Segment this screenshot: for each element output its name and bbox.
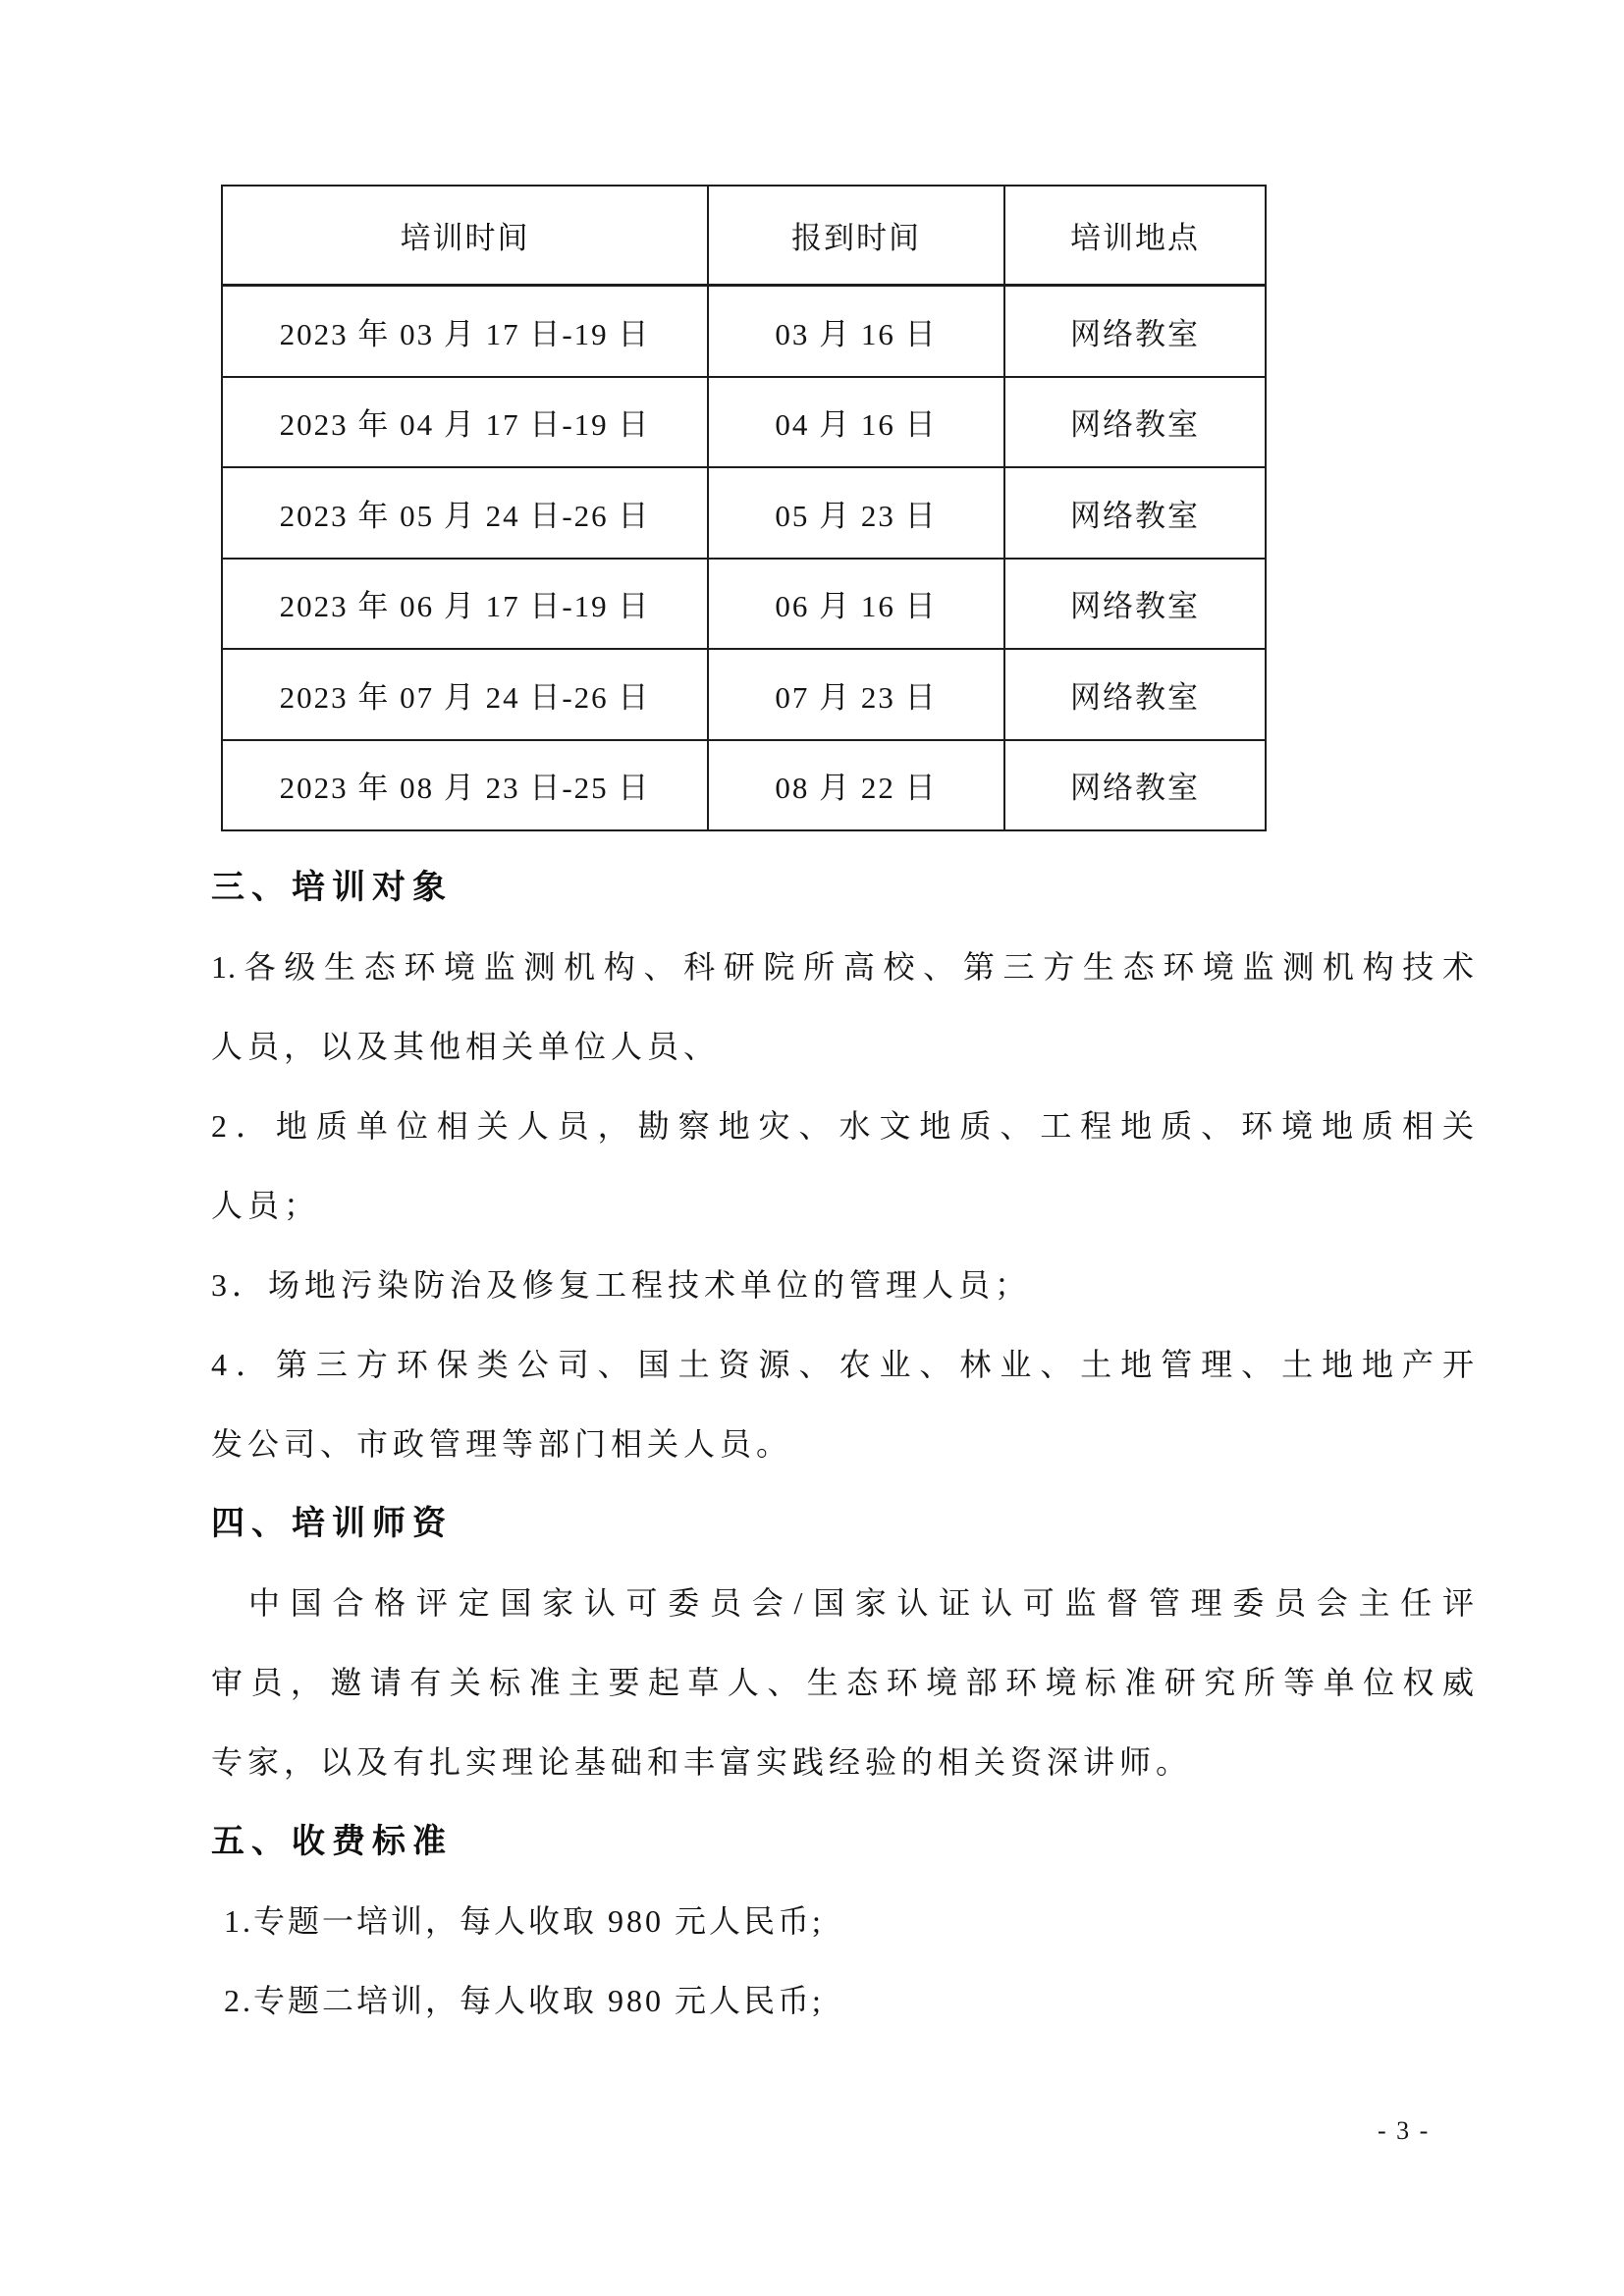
cell-checkin-time: 08 月 22 日 xyxy=(708,740,1004,831)
table-row: 2023 年 04 月 17 日-19 日04 月 16 日网络教室 xyxy=(222,377,1266,468)
col-header-training-time: 培训时间 xyxy=(222,186,708,286)
cell-training-time: 2023 年 06 月 17 日-19 日 xyxy=(222,559,708,650)
section-heading-training-targets: 三、培训对象 xyxy=(211,848,1475,928)
body-line: 3．场地污染防治及修复工程技术单位的管理人员； xyxy=(211,1246,1475,1325)
cell-location: 网络教室 xyxy=(1004,740,1266,831)
body-line: 2.专题二培训，每人收取 980 元人民币; xyxy=(211,1961,1475,2041)
cell-checkin-time: 06 月 16 日 xyxy=(708,559,1004,650)
table-header-row: 培训时间 报到时间 培训地点 xyxy=(222,186,1266,286)
col-header-checkin-time: 报到时间 xyxy=(708,186,1004,286)
table-row: 2023 年 07 月 24 日-26 日07 月 23 日网络教室 xyxy=(222,649,1266,740)
cell-location: 网络教室 xyxy=(1004,467,1266,559)
cell-training-time: 2023 年 08 月 23 日-25 日 xyxy=(222,740,708,831)
cell-training-time: 2023 年 07 月 24 日-26 日 xyxy=(222,649,708,740)
document-page: 培训时间 报到时间 培训地点 2023 年 03 月 17 日-19 日03 月… xyxy=(0,0,1624,2296)
table-row: 2023 年 06 月 17 日-19 日06 月 16 日网络教室 xyxy=(222,559,1266,650)
body-line: 中国合格评定国家认可委员会/国家认证认可监督管理委员会主任评 xyxy=(211,1564,1475,1643)
body-line: 2．地质单位相关人员，勘察地灾、水文地质、工程地质、环境地质相关 xyxy=(211,1087,1475,1166)
cell-training-time: 2023 年 05 月 24 日-26 日 xyxy=(222,467,708,559)
body-line: 4．第三方环保类公司、国土资源、农业、林业、土地管理、土地地产开 xyxy=(211,1325,1475,1405)
body-line: 发公司、市政管理等部门相关人员。 xyxy=(211,1405,1475,1484)
cell-location: 网络教室 xyxy=(1004,377,1266,468)
table-row: 2023 年 03 月 17 日-19 日03 月 16 日网络教室 xyxy=(222,286,1266,377)
body-line: 审员，邀请有关标准主要起草人、生态环境部环境标准研究所等单位权威 xyxy=(211,1643,1475,1723)
training-schedule-table: 培训时间 报到时间 培训地点 2023 年 03 月 17 日-19 日03 月… xyxy=(221,185,1267,831)
body-line: 人员； xyxy=(211,1166,1475,1246)
col-header-location: 培训地点 xyxy=(1004,186,1266,286)
cell-checkin-time: 03 月 16 日 xyxy=(708,286,1004,377)
cell-training-time: 2023 年 04 月 17 日-19 日 xyxy=(222,377,708,468)
page-number: - 3 - xyxy=(1378,2116,1430,2146)
cell-checkin-time: 07 月 23 日 xyxy=(708,649,1004,740)
body-line: 专家，以及有扎实理论基础和丰富实践经验的相关资深讲师。 xyxy=(211,1723,1475,1802)
body-line: 1.专题一培训，每人收取 980 元人民币; xyxy=(211,1882,1475,1961)
document-body: 三、培训对象1.各级生态环境监测机构、科研院所高校、第三方生态环境监测机构技术人… xyxy=(211,848,1475,2041)
section-heading-training-faculty: 四、培训师资 xyxy=(211,1484,1475,1564)
cell-training-time: 2023 年 03 月 17 日-19 日 xyxy=(222,286,708,377)
table-row: 2023 年 05 月 24 日-26 日05 月 23 日网络教室 xyxy=(222,467,1266,559)
cell-checkin-time: 04 月 16 日 xyxy=(708,377,1004,468)
cell-location: 网络教室 xyxy=(1004,286,1266,377)
section-heading-fee-standard: 五、收费标准 xyxy=(211,1802,1475,1882)
table-row: 2023 年 08 月 23 日-25 日08 月 22 日网络教室 xyxy=(222,740,1266,831)
body-line: 人员，以及其他相关单位人员、 xyxy=(211,1007,1475,1087)
cell-location: 网络教室 xyxy=(1004,559,1266,650)
cell-checkin-time: 05 月 23 日 xyxy=(708,467,1004,559)
body-line: 1.各级生态环境监测机构、科研院所高校、第三方生态环境监测机构技术 xyxy=(211,928,1475,1007)
cell-location: 网络教室 xyxy=(1004,649,1266,740)
